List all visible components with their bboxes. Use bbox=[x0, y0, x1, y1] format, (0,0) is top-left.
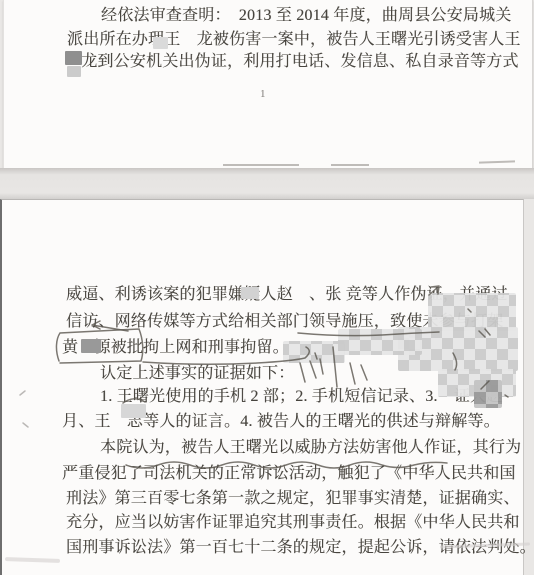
page2-line-4: 认定上述事实的证据如下： bbox=[100, 364, 294, 384]
scan-dash-1 bbox=[223, 164, 299, 166]
redaction-block-p1-name2 bbox=[65, 51, 82, 65]
mosaic-block-6 bbox=[474, 380, 502, 408]
scan-dash-2 bbox=[331, 164, 369, 166]
scan-smudge-left bbox=[5, 557, 60, 563]
redaction-block-p1-name1 bbox=[153, 37, 168, 49]
page2-line-9: 刑法》第三百零七条第一款之规定，犯罪事实清楚，证据确实、 bbox=[66, 489, 520, 509]
page1-line-2: 派出所在办理王 龙被伤害一案中，被告人王曙光引诱受害人王 bbox=[67, 30, 521, 50]
scanned-document-photo: 经依法审查查明： 2013 至 2014 年度，曲周县公安局城关 派出所在办理王… bbox=[0, 0, 534, 575]
redaction-block-p2-zhao bbox=[241, 287, 259, 299]
redaction-block-p2-huang bbox=[81, 339, 101, 353]
page2-line-7: 本院认为，被告人王曙光以威胁方法妨害他人作证，其行为 bbox=[100, 438, 521, 458]
mosaic-block-4 bbox=[283, 341, 345, 363]
page-gap bbox=[0, 168, 534, 199]
page2-line-10: 充分，应当以妨害作证罪追究其刑事责任。根据《中华人民共和 bbox=[66, 513, 520, 533]
scan-dash-3 bbox=[479, 160, 515, 163]
page2-scan: 威逼、利诱该案的犯罪嫌疑人赵 、张 竞等人作伪证，并通过 信访、网络传媒等方式给… bbox=[0, 199, 524, 575]
page1-scan: 经依法审查查明： 2013 至 2014 年度，曲周县公安局城关 派出所在办理王… bbox=[3, 0, 533, 168]
redaction-block-p1-name3 bbox=[67, 66, 81, 77]
mosaic-block-5 bbox=[338, 329, 422, 355]
page2-line-11: 国刑事诉讼法》第一百七十二条的规定，提起公诉，请依法判处。 bbox=[66, 538, 534, 558]
page1-line-1: 经依法审查查明： 2013 至 2014 年度，曲周县公安局城关 bbox=[101, 6, 511, 26]
pen-margin-marks bbox=[20, 391, 28, 427]
page2-line-8: 严重侵犯了司法机关的正常诉讼活动，触犯了《中华人民共和国 bbox=[62, 464, 516, 484]
mosaic-block-1 bbox=[428, 293, 516, 331]
page1-line-3: 龙到公安机关出伪证，利用打电话、发信息、私自录音等方式 bbox=[65, 52, 519, 72]
redaction-block-p2-wang bbox=[121, 404, 146, 418]
page-number: 1 bbox=[260, 88, 266, 100]
